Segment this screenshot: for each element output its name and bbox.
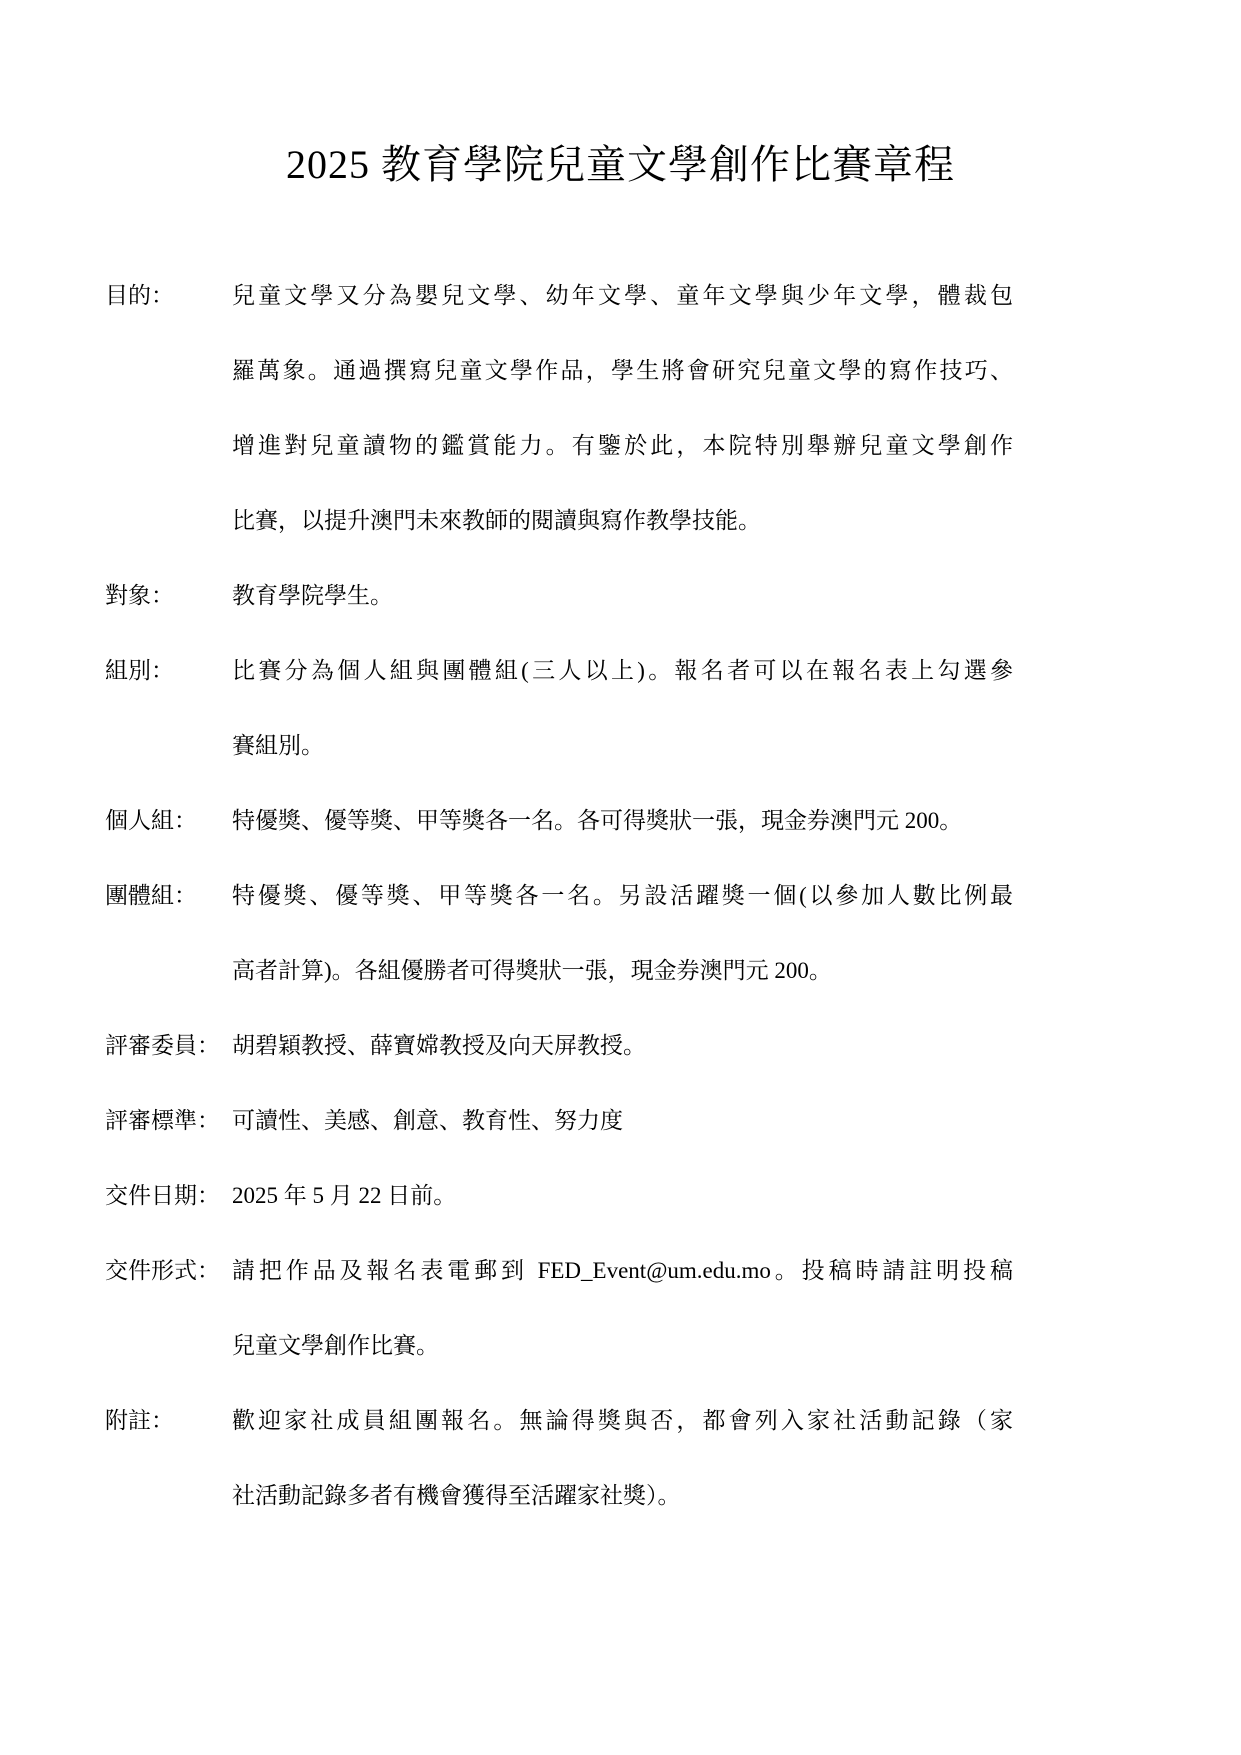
section-individual-group-label: 個人組： — [105, 783, 232, 858]
section-notes-content: 歡迎家社成員組團報名。無論得獎與否，都會列入家社活動記錄（家 社活動記錄多者有機… — [232, 1383, 1013, 1533]
section-purpose-label: 目的： — [105, 258, 232, 558]
document-page: 2025 教育學院兒童文學創作比賽章程 目的： 兒童文學又分為嬰兒文學、幼年文學… — [0, 0, 1241, 1755]
section-deadline-label: 交件日期： — [105, 1158, 232, 1233]
section-deadline: 交件日期： 2025 年 5 月 22 日前。 — [105, 1158, 1013, 1233]
section-team-group-content: 特優獎、優等獎、甲等獎各一名。另設活躍獎一個(以參加人數比例最 高者計算)。各組… — [232, 858, 1013, 1008]
section-groups: 組別： 比賽分為個人組與團體組(三人以上)。報名者可以在報名表上勾選參 賽組別。 — [105, 633, 1013, 783]
section-submission-format-content: 請把作品及報名表電郵到 FED_Event@um.edu.mo。投稿時請註明投稿… — [232, 1233, 1013, 1383]
section-deadline-content: 2025 年 5 月 22 日前。 — [232, 1158, 1013, 1233]
text-line: 高者計算)。各組優勝者可得獎狀一張，現金券澳門元 200。 — [232, 933, 1013, 1008]
section-notes-label: 附註： — [105, 1383, 232, 1533]
section-notes: 附註： 歡迎家社成員組團報名。無論得獎與否，都會列入家社活動記錄（家 社活動記錄… — [105, 1383, 1013, 1533]
section-groups-content: 比賽分為個人組與團體組(三人以上)。報名者可以在報名表上勾選參 賽組別。 — [232, 633, 1013, 783]
section-submission-format: 交件形式： 請把作品及報名表電郵到 FED_Event@um.edu.mo。投稿… — [105, 1233, 1013, 1383]
text-line: 兒童文學創作比賽。 — [232, 1308, 1013, 1383]
section-individual-group-content: 特優獎、優等獎、甲等獎各一名。各可得獎狀一張，現金券澳門元 200。 — [232, 783, 1013, 858]
text-line: 教育學院學生。 — [232, 558, 1013, 633]
section-target-content: 教育學院學生。 — [232, 558, 1013, 633]
document-body: 目的： 兒童文學又分為嬰兒文學、幼年文學、童年文學與少年文學，體裁包 羅萬象。通… — [105, 258, 1013, 1533]
text-line: 羅萬象。通過撰寫兒童文學作品，學生將會研究兒童文學的寫作技巧、 — [232, 333, 1013, 408]
page-title: 2025 教育學院兒童文學創作比賽章程 — [0, 142, 1241, 188]
section-team-group-label: 團體組： — [105, 858, 232, 1008]
text-line: 比賽分為個人組與團體組(三人以上)。報名者可以在報名表上勾選參 — [232, 633, 1013, 708]
text-line: 2025 年 5 月 22 日前。 — [232, 1158, 1013, 1233]
section-target: 對象： 教育學院學生。 — [105, 558, 1013, 633]
section-submission-format-label: 交件形式： — [105, 1233, 232, 1383]
text-line: 比賽，以提升澳門未來教師的閱讀與寫作教學技能。 — [232, 483, 1013, 558]
text-line: 特優獎、優等獎、甲等獎各一名。另設活躍獎一個(以參加人數比例最 — [232, 858, 1013, 933]
section-judges-label: 評審委員： — [105, 1008, 232, 1083]
text-line: 特優獎、優等獎、甲等獎各一名。各可得獎狀一張，現金券澳門元 200。 — [232, 783, 1013, 858]
text-line: 賽組別。 — [232, 708, 1013, 783]
section-judges-content: 胡碧穎教授、薛寶嫦教授及向天屏教授。 — [232, 1008, 1013, 1083]
section-purpose-content: 兒童文學又分為嬰兒文學、幼年文學、童年文學與少年文學，體裁包 羅萬象。通過撰寫兒… — [232, 258, 1013, 558]
section-individual-group: 個人組： 特優獎、優等獎、甲等獎各一名。各可得獎狀一張，現金券澳門元 200。 — [105, 783, 1013, 858]
section-criteria-content: 可讀性、美感、創意、教育性、努力度 — [232, 1083, 1013, 1158]
section-criteria: 評審標準： 可讀性、美感、創意、教育性、努力度 — [105, 1083, 1013, 1158]
text-line: 增進對兒童讀物的鑑賞能力。有鑒於此，本院特別舉辦兒童文學創作 — [232, 408, 1013, 483]
text-line: 社活動記錄多者有機會獲得至活躍家社獎）。 — [232, 1458, 1013, 1533]
section-judges: 評審委員： 胡碧穎教授、薛寶嫦教授及向天屏教授。 — [105, 1008, 1013, 1083]
section-team-group: 團體組： 特優獎、優等獎、甲等獎各一名。另設活躍獎一個(以參加人數比例最 高者計… — [105, 858, 1013, 1008]
text-line: 可讀性、美感、創意、教育性、努力度 — [232, 1083, 1013, 1158]
text-line: 兒童文學又分為嬰兒文學、幼年文學、童年文學與少年文學，體裁包 — [232, 258, 1013, 333]
text-line: 歡迎家社成員組團報名。無論得獎與否，都會列入家社活動記錄（家 — [232, 1383, 1013, 1458]
section-target-label: 對象： — [105, 558, 232, 633]
text-line: 胡碧穎教授、薛寶嫦教授及向天屏教授。 — [232, 1008, 1013, 1083]
section-criteria-label: 評審標準： — [105, 1083, 232, 1158]
section-purpose: 目的： 兒童文學又分為嬰兒文學、幼年文學、童年文學與少年文學，體裁包 羅萬象。通… — [105, 258, 1013, 558]
section-groups-label: 組別： — [105, 633, 232, 783]
text-line: 請把作品及報名表電郵到 FED_Event@um.edu.mo。投稿時請註明投稿 — [232, 1233, 1013, 1308]
